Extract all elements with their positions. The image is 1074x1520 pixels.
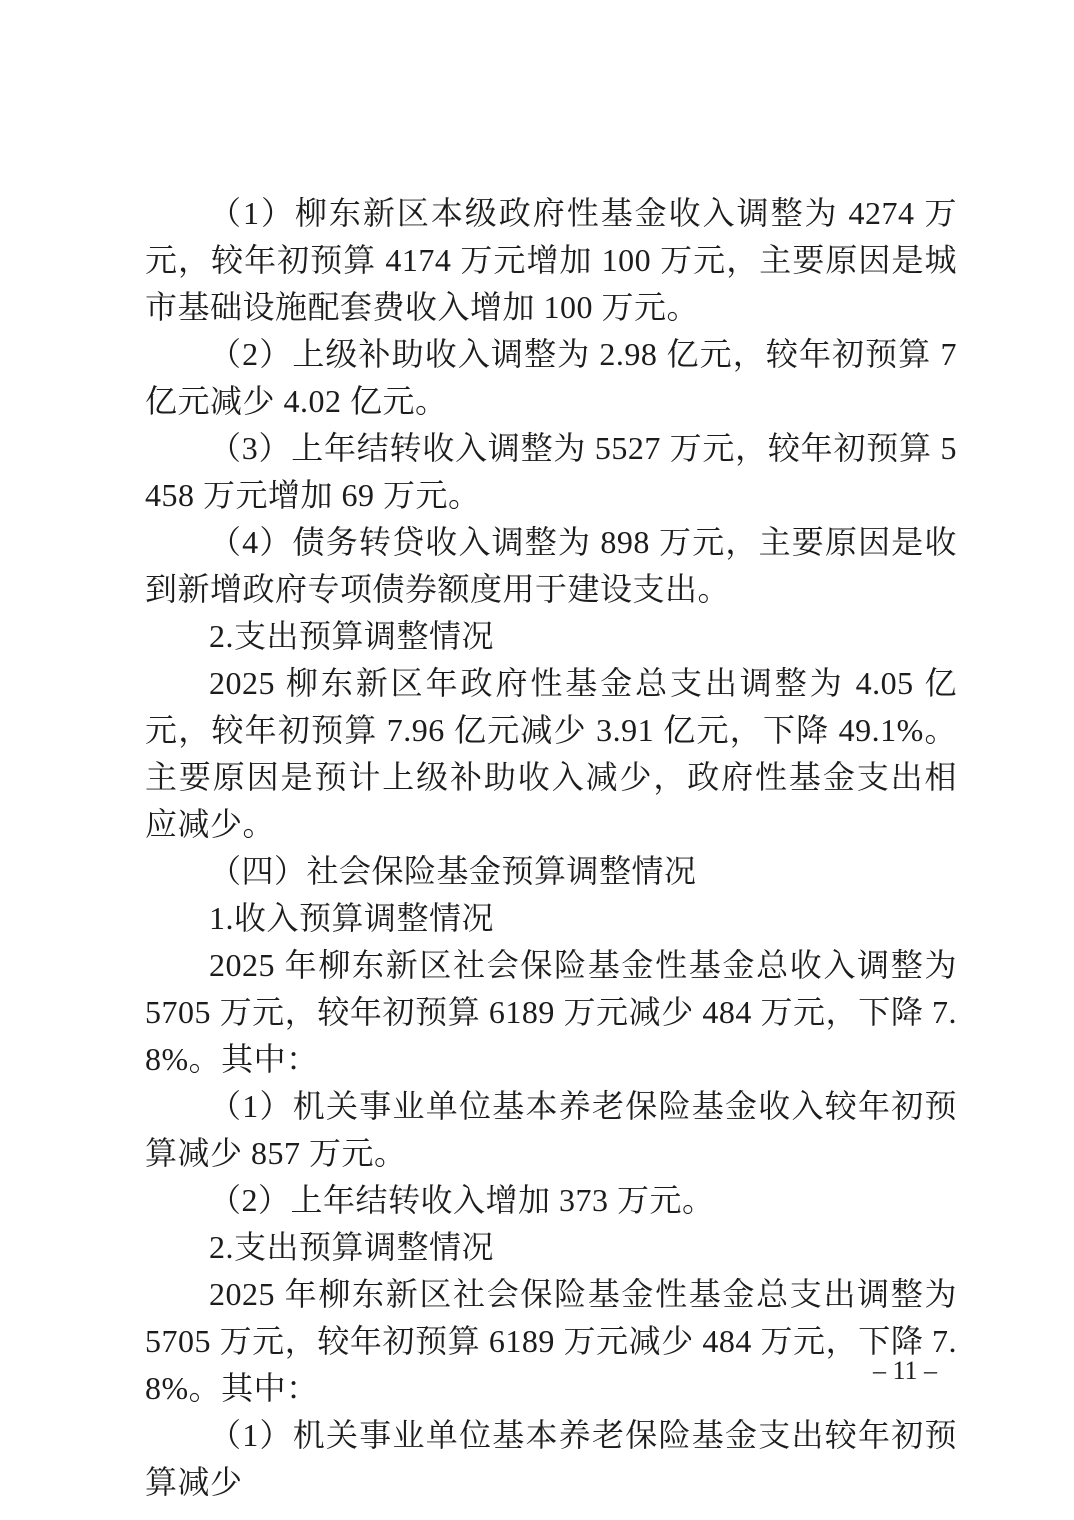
paragraph: 2.支出预算调整情况 xyxy=(145,613,957,660)
paragraph: （4）债务转贷收入调整为 898 万元，主要原因是收到新增政府专项债券额度用于建… xyxy=(145,519,957,613)
paragraph: （四）社会保险基金预算调整情况 xyxy=(145,848,957,895)
document-page: （1）柳东新区本级政府性基金收入调整为 4274 万元，较年初预算 4174 万… xyxy=(0,0,1074,1520)
paragraph: 2025 柳东新区年政府性基金总支出调整为 4.05 亿元，较年初预算 7.96… xyxy=(145,660,957,848)
paragraph: 2.支出预算调整情况 xyxy=(145,1224,957,1271)
paragraph: 2025 年柳东新区社会保险基金性基金总收入调整为 5705 万元，较年初预算 … xyxy=(145,942,957,1083)
document-body: （1）柳东新区本级政府性基金收入调整为 4274 万元，较年初预算 4174 万… xyxy=(145,190,957,1506)
paragraph: （2）上年结转收入增加 373 万元。 xyxy=(145,1177,957,1224)
page-number: – 11 – xyxy=(855,1356,955,1386)
paragraph: （1）柳东新区本级政府性基金收入调整为 4274 万元，较年初预算 4174 万… xyxy=(145,190,957,331)
paragraph: （2）上级补助收入调整为 2.98 亿元，较年初预算 7 亿元减少 4.02 亿… xyxy=(145,331,957,425)
paragraph: （3）上年结转收入调整为 5527 万元，较年初预算 5458 万元增加 69 … xyxy=(145,425,957,519)
paragraph: 2025 年柳东新区社会保险基金性基金总支出调整为 5705 万元，较年初预算 … xyxy=(145,1271,957,1412)
paragraph: 1.收入预算调整情况 xyxy=(145,895,957,942)
paragraph: （1）机关事业单位基本养老保险基金收入较年初预算减少 857 万元。 xyxy=(145,1083,957,1177)
paragraph: （1）机关事业单位基本养老保险基金支出较年初预算减少 xyxy=(145,1412,957,1506)
